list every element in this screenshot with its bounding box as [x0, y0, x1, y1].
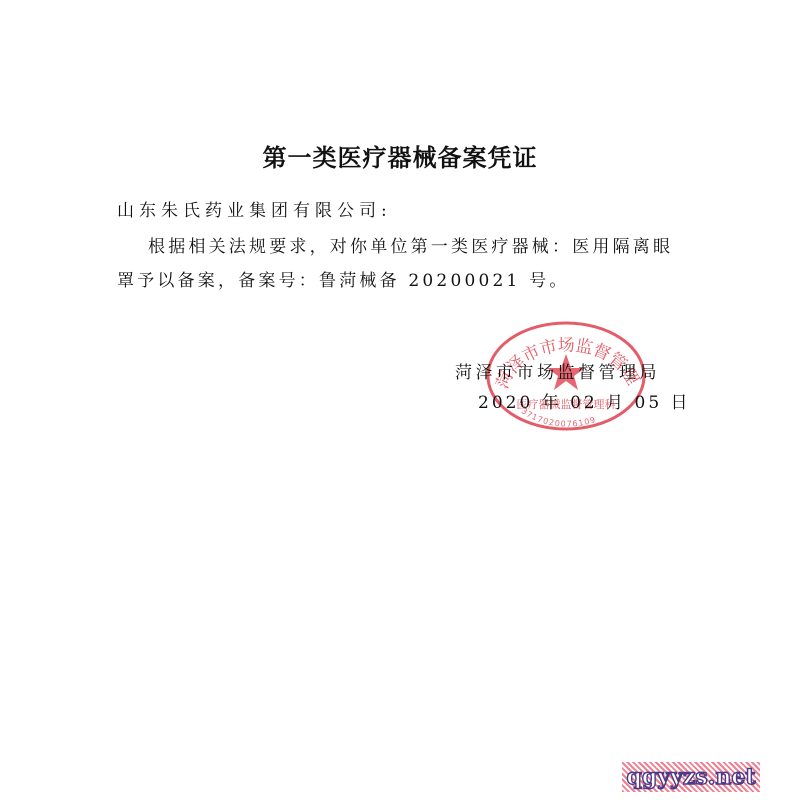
addressee: 山东朱氏药业集团有限公司: — [117, 196, 392, 221]
body-text-line-1: 根据相关法规要求，对你单位第一类医疗器械：医用隔离眼 — [148, 232, 673, 257]
watermark-text: qgyyzs.net — [626, 764, 755, 790]
issuing-authority: 菏泽市市场监督管理局 — [455, 358, 660, 383]
site-watermark: qgyyzs.net — [622, 762, 760, 792]
issue-date: 2020 年 02 月 05 日 — [478, 388, 691, 413]
body-text-line-2: 罩予以备案，备案号：鲁菏械备 20200021 号。 — [117, 266, 570, 291]
document-title: 第一类医疗器械备案凭证 — [0, 138, 800, 173]
